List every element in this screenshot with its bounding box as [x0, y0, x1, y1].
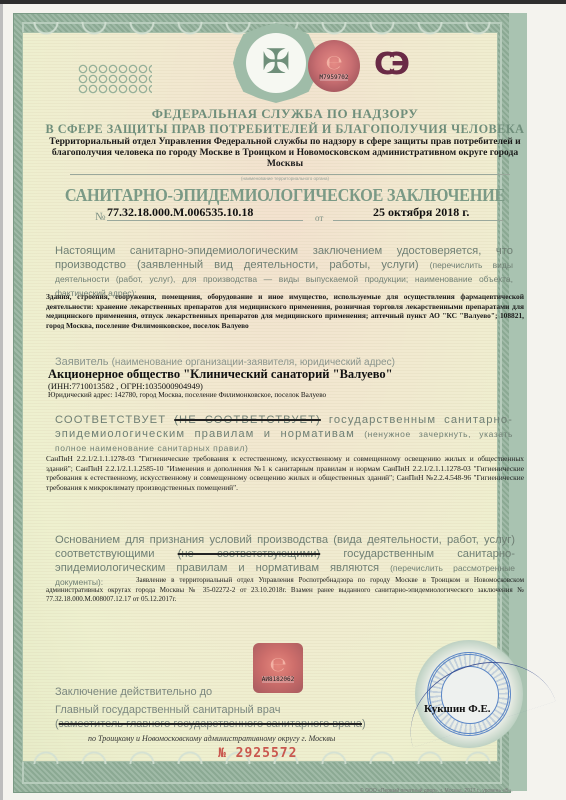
document-number: 77.32.18.000.М.006535.10.18 — [107, 205, 253, 220]
hologram-seal-bottom: ℮ АИ8182062 — [253, 643, 303, 693]
document-date: 25 октября 2018 г. — [373, 205, 469, 220]
deputy-title: (заместитель главного государственного с… — [55, 718, 366, 730]
district-caption: по Троицкому и Новомосковскому администр… — [88, 734, 335, 743]
basis-documents: Заявление в территориальный отдел Управл… — [46, 576, 524, 605]
guilloche-pattern — [78, 64, 152, 94]
department-caption: (наименование территориального органа) — [160, 176, 410, 181]
scan-edge-left — [0, 4, 3, 800]
applicant-name: Акционерное общество "Клинический санато… — [48, 367, 393, 382]
applicant-ids: (ИНН:7710013582 , ОГРН:1035000904949) — [48, 381, 203, 391]
hologram-e-icon: ℮ — [269, 654, 286, 674]
agency-title-line1: ФЕДЕРАЛЬНАЯ СЛУЖБА ПО НАДЗОРУ — [40, 106, 530, 122]
applicant-address: Юридический адрес: 142780, город Москва,… — [48, 391, 326, 399]
scan-edge — [0, 0, 566, 4]
serial-number: № 2925572 — [218, 746, 297, 761]
hologram-code: АИ8182062 — [262, 676, 295, 683]
hologram-code: M7959702 — [320, 74, 349, 81]
valid-until-label: Заключение действительно до — [55, 686, 212, 698]
emblem-badge: ✠ — [233, 23, 319, 103]
activity-description: Здания, строения, сооружения, помещения,… — [46, 292, 524, 330]
document-number-row: № 77.32.18.000.М.006535.10.18 от 25 октя… — [95, 205, 515, 223]
sanitary-rules-list: СанПиН 2.2.1/2.1.1.1278-03 "Гигиенически… — [46, 454, 524, 492]
territorial-department: Территориальный отдел Управления Федерал… — [46, 136, 524, 169]
divider — [70, 174, 510, 175]
printer-imprint: © ООО «Первый печатный двор», г. Москва,… — [360, 788, 513, 794]
se-logo: СЭ — [374, 50, 402, 80]
agency-title-line2: В СФЕРЕ ЗАЩИТЫ ПРАВ ПОТРЕБИТЕЛЕЙ И БЛАГО… — [40, 122, 530, 137]
date-label: от — [315, 213, 323, 223]
double-headed-eagle-emblem-icon: ✠ — [246, 33, 306, 93]
chief-doctor-title: Главный государственный санитарный врач — [55, 704, 280, 716]
number-label: № — [95, 211, 106, 223]
basis-struck: (не соответствующими) — [178, 548, 321, 560]
conformity-word: СООТВЕТСТВУЕТ — [55, 414, 166, 426]
signatory-name: Кукшин Ф.Е. — [424, 703, 491, 715]
conformity-struck: (НЕ СООТВЕТСТВУЕТ) — [174, 414, 321, 426]
document-title: САНИТАРНО-ЭПИДЕМИОЛОГИЧЕСКОЕ ЗАКЛЮЧЕНИЕ — [57, 185, 513, 206]
hologram-e-icon: ℮ — [325, 52, 342, 72]
hologram-seal-top: ℮ M7959702 — [308, 40, 360, 92]
conformity-statement: СООТВЕТСТВУЕТ (НЕ СООТВЕТСТВУЕТ) государ… — [55, 413, 513, 455]
